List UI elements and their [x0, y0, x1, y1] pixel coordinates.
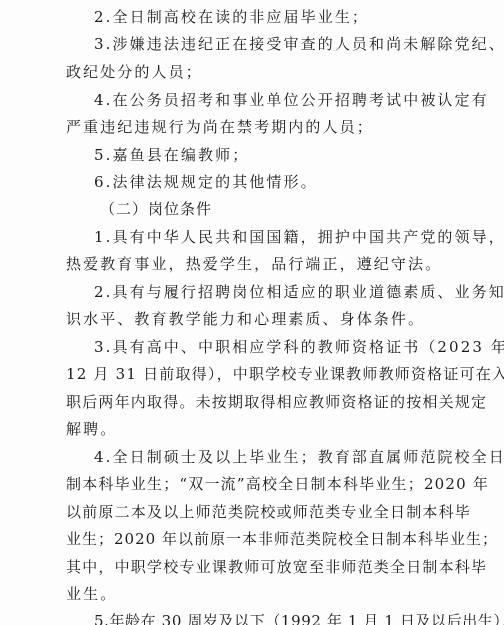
text-line-5: 严重违纪违规行为尚在禁考期内的人员； [66, 116, 438, 138]
text-line-11: 2.具有与履行招聘岗位相适应的职业道德素质、业务知 [94, 281, 438, 303]
text-line-19: 以前原二本及以上师范类院校或师范类专业全日制本科毕 [66, 501, 438, 523]
text-line-4: 4.在公务员招考和事业单位公开招聘考试中被认定有 [94, 89, 438, 111]
document-page: 2.全日制高校在读的非应届毕业生； 3.涉嫌违法违纪正在接受审查的人员和尚未解除… [0, 0, 504, 625]
section-heading: （二）岗位条件 [100, 198, 440, 220]
text-line-10: 热爱教育事业，热爱学生，品行端正，遵纪守法。 [66, 253, 438, 275]
text-line-17: 4.全日制硕士及以上毕业生；教育部直属师范院校全日 [94, 446, 438, 468]
text-line-9: 1.具有中华人民共和国国籍，拥护中国共产党的领导， [94, 226, 438, 248]
text-line-15: 职后两年内取得。未按期取得相应教师资格证的按相关规定 [66, 391, 438, 413]
text-line-20: 业生；2020 年以前原一本非师范类院校全日制本科毕业生； [66, 528, 438, 550]
text-line-23: 5.年龄在 30 周岁及以下（1992 年 1 月 1 日及以后出生）， [94, 610, 438, 625]
text-line-1: 2.全日制高校在读的非应届毕业生； [94, 6, 438, 28]
text-line-14: 12 月 31 日前取得），中职学校专业课教师教师资格证可在入 [66, 363, 438, 385]
text-line-6: 5.嘉鱼县在编教师； [94, 144, 438, 166]
text-line-13: 3.具有高中、中职相应学科的教师资格证书（2023 年 [94, 336, 438, 358]
text-line-7: 6.法律法规规定的其他情形。 [94, 171, 438, 193]
text-line-16: 解聘。 [66, 418, 438, 440]
text-line-3: 政纪处分的人员； [66, 61, 438, 83]
text-line-2: 3.涉嫌违法违纪正在接受审查的人员和尚未解除党纪、 [94, 33, 438, 55]
text-line-12: 识水平、教育教学能力和心理素质、身体条件。 [66, 308, 438, 330]
text-line-21: 其中，中职学校专业课教师可放宽至非师范类全日制本科毕 [66, 556, 438, 578]
text-line-22: 业生。 [66, 583, 438, 605]
text-line-18: 制本科毕业生；“双一流”高校全日制本科毕业生；2020 年 [66, 473, 438, 495]
